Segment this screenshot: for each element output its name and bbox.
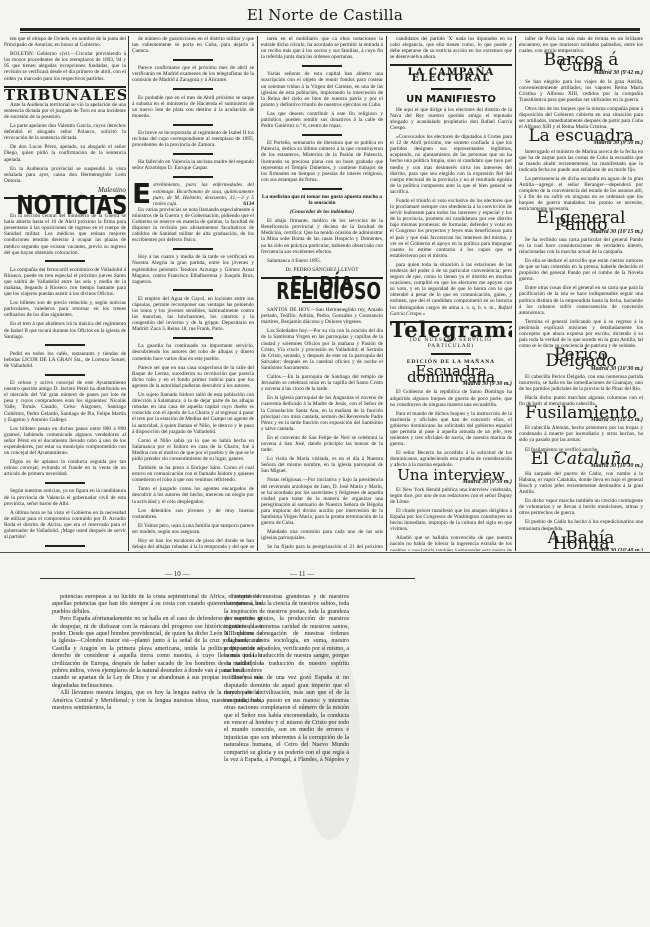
article-text: Fundo el triunfo si voto exclusivo de lo…: [390, 198, 512, 259]
headline: Una interview: [390, 472, 512, 478]
article-text: Los billetes son de precio reducido y, s…: [4, 300, 126, 318]
article-text: En dicho vapor marcha también un crecido…: [519, 498, 643, 516]
article-text: Según nuestras noticias, ya no figura en…: [4, 488, 126, 506]
ad-subtitle: (Conocedor de los indómitos): [261, 209, 383, 215]
article-text: Como el Niño sabía ya lo que se había he…: [132, 438, 254, 462]
column-3: tarea en el mobiliario que ca ehos notac…: [261, 36, 383, 551]
page-number-right: — 11 —: [290, 570, 314, 578]
article-title-manifiesto: UN MANIFIESTO: [390, 97, 512, 103]
ad-number: 6134: [243, 201, 254, 207]
page-number-left: — 10 —: [165, 570, 190, 578]
ornament-divider: [132, 151, 254, 157]
headline: El general Pando: [519, 215, 643, 227]
article-text-body: para quien toda la situación á las estac…: [390, 262, 512, 311]
article-text: La parte apelante don Valentín García, c…: [4, 123, 126, 141]
column-4: candidatos del partido 'X' nada los dipu…: [390, 36, 512, 551]
headline: Perico Delgado: [519, 352, 643, 364]
article-text: Lo visita de María visitada, es en el dí…: [261, 456, 383, 474]
ornament-divider: [261, 132, 383, 138]
article-text: SANTOS DE HOY.—San Hermenegildo rey, Ama…: [261, 307, 383, 325]
ornament-divider: [132, 57, 254, 63]
article-text: candidatos del partido 'X' nada los dipu…: [390, 36, 512, 60]
article-text: Se han elegido para los viajes de la gra…: [519, 79, 643, 103]
place-date: Salamanca 4 Enero 1895.: [261, 258, 383, 264]
article-text: Notas religiosas.—Por iniciativa y bajo …: [261, 477, 383, 526]
column-1: ten que el obispo de Oviedo, en nombre d…: [4, 36, 126, 551]
advertisement: E streñimiento, para las enfermedades de…: [132, 182, 254, 206]
article-text: Pedid en todos los cafés, restaurants y …: [4, 351, 126, 369]
headline: El Cataluña: [519, 456, 643, 462]
article-text: de número de guarniciones en el distrito…: [132, 36, 254, 54]
headline: Fusilamiento: [519, 410, 643, 416]
headline-prefix: El: [531, 449, 549, 469]
ornament-divider: [4, 343, 126, 349]
article-text: ten que el obispo de Oviedo, en nombre d…: [4, 36, 126, 48]
section-title-campana-electoral: LA CAMPAÑA ELECTORAL: [390, 70, 512, 82]
headline: Barcos á Cuba: [519, 57, 643, 69]
masthead-rule: [20, 28, 640, 31]
article-text: Varias señoras de esta capital han abier…: [261, 71, 383, 108]
scanned-page: El Norte de Castilla ten que el obispo d…: [0, 0, 650, 927]
article-text: Mandado una comisión para cada uno de la…: [261, 529, 383, 541]
article-text: Parece ser que en una casa sospechosa de…: [132, 365, 254, 389]
article-text: tarea en el mobiliario que ca ehos notac…: [261, 36, 383, 60]
article-text: En el convento de San Felipe de Neri se …: [261, 435, 383, 453]
drop-cap: E: [132, 182, 151, 206]
ornament-divider: [132, 174, 254, 180]
section-title-noticias: NOTICIAS: [16, 203, 114, 209]
article-text: El cabecilla Perico Delgado, con una num…: [519, 374, 643, 392]
article-text: El empleo del Agua de Gayol, en lociones…: [132, 296, 254, 333]
page-bottom-rule: [0, 552, 650, 553]
article-text: En la iglesia parroquial de los Angustia…: [261, 395, 383, 432]
article-text: El New York Herald publica una interview…: [390, 487, 512, 505]
article-text: El Gobierno de la república de Santo Dom…: [390, 389, 512, 407]
section-title-tribunales: TRIBUNALES: [4, 92, 126, 98]
newspaper-masthead: El Norte de Castilla: [0, 6, 650, 24]
article-text: Hoy se han los escalones de pisos del do…: [132, 538, 254, 551]
column-divider: [128, 36, 129, 551]
ornament-divider: [132, 87, 254, 93]
article-text: Hoy á las cuatro y media de la tarde se …: [132, 254, 254, 284]
article-text: «Convocados los electores de diputados á…: [390, 134, 512, 195]
article-text: Ha fallecido en Valencia la anciana madr…: [132, 159, 254, 171]
column-divider: [515, 36, 516, 551]
article-text: El cabecilla Alemán, hecho prisionero po…: [519, 425, 643, 443]
article-text: Se ha fijado para la peregrinación el 21…: [261, 544, 383, 551]
ornament-divider: [132, 246, 254, 252]
ornament-divider: [132, 335, 254, 341]
article-text: Los detenidos son jóvenes y de muy buena…: [132, 508, 254, 520]
column-5: taller de Paris las más más de treinta e…: [519, 36, 643, 551]
headline: A Bahía Honda: [519, 535, 643, 547]
article-text: En varias provincias se nota llamando es…: [132, 207, 254, 244]
article-text: Es probable que en el mes de Abril próxi…: [132, 95, 254, 119]
ornament-divider: [132, 288, 254, 294]
section-title-dia-religioso: EL DÍA RELIGIOSO: [276, 283, 368, 295]
article-text: La permanencia de dicha escuadra en agua…: [519, 176, 643, 213]
ornament-divider: [261, 63, 383, 69]
article-text: El celoso y activo concejal de este Ayun…: [4, 380, 126, 423]
ornament-divider: [4, 372, 126, 378]
article-text: La compañía del ferrocarril económico de…: [4, 267, 126, 297]
scan-shadow: [300, 640, 360, 840]
article-text: He aquí el que dirige á los electores de…: [390, 107, 512, 131]
ornament-divider: [390, 351, 512, 357]
article-text: En ella se deduce el arrocillo que están…: [519, 258, 643, 282]
headline: Escuadra dominicana: [390, 368, 512, 380]
article-text: Ha zarpado del puerto de Cádiz, con rumb…: [519, 471, 643, 495]
column-2: de número de guarniciones en el distrito…: [132, 36, 254, 551]
article-text: Se ha recibido una carta particular del …: [519, 237, 643, 255]
ad-text: streñimiento, para las enfermedades del …: [153, 182, 254, 206]
column-divider: [386, 36, 387, 551]
article-text: El abajo firmante, médico de los servici…: [261, 218, 383, 255]
article-text: El Valnot pero, usan á una familia que t…: [132, 523, 254, 535]
article-text: En la Audiencia provincial se suspendió …: [4, 166, 126, 184]
article-text: Tanto el juzgado como los agentes encarg…: [132, 486, 254, 504]
article-text: Parece confirmarse que el próximo mes de…: [132, 65, 254, 83]
article-text: El Porteño, semanario de literatura que …: [261, 140, 383, 183]
ornament-divider: [132, 122, 254, 128]
ornament-divider: [4, 480, 126, 486]
article-text: Para el mando de dichos buques y la inst…: [390, 411, 512, 448]
article-text: De don Lucas Pérez, apelado, su abogado …: [4, 144, 126, 162]
article-text: para quien toda la situación á las estac…: [390, 262, 512, 317]
masthead-rule-thin: [20, 32, 640, 33]
article-text: Interrogado el ministro de Marina acerca…: [519, 149, 643, 173]
article-text: Un sujeto llamado Isidoro salió de esta …: [132, 392, 254, 435]
article-text: Entre otras cosas dice el general en su …: [519, 285, 643, 315]
article-text: Cultos.—En la parroquia de Santiago del …: [261, 374, 383, 392]
article-text: Las Soledades hoy.—Por su vía con la ora…: [261, 328, 383, 371]
article-text: Los billetes pesan en dichos panes entre…: [4, 426, 126, 456]
ornament-divider: [261, 186, 383, 192]
article-boletin: BOLETIN: Gobierno civil.—Circular previn…: [4, 51, 126, 81]
section-title-telegramas: Telegramas: [390, 327, 512, 333]
book-header-rule: [255, 578, 415, 579]
article-text: También se ha preso á Enrique Sánz. Como…: [132, 465, 254, 483]
article-text: Las que deseen contribuir á este fin rel…: [261, 111, 383, 129]
article-text: Ante la Audiencia territorial se vió la …: [4, 102, 126, 120]
article-text: La guardia ha continuado su importante s…: [132, 343, 254, 361]
column-divider: [257, 36, 258, 551]
article-text: El citado prócer manifestó que los ataqu…: [390, 508, 512, 532]
ornament-divider: [4, 543, 126, 549]
book-header-rule: [40, 578, 280, 579]
headline: La escuadra: [519, 133, 643, 139]
ad-title: La medicina que ni tomar nos gusta apues…: [261, 194, 383, 206]
article-text: En el tren á que aludimos irá la música …: [4, 321, 126, 339]
article-text: A última hora se ha visto el Gobierno en…: [4, 510, 126, 540]
article-text: Digno es de aplauso la conducta seguida …: [4, 459, 126, 477]
ornament-divider: [4, 259, 126, 265]
ornament-divider: [390, 87, 512, 93]
article-text: En breve se incorporarán al regimiento d…: [132, 130, 254, 148]
article-text: Añadió que se hallaba convencido de que …: [390, 535, 512, 551]
